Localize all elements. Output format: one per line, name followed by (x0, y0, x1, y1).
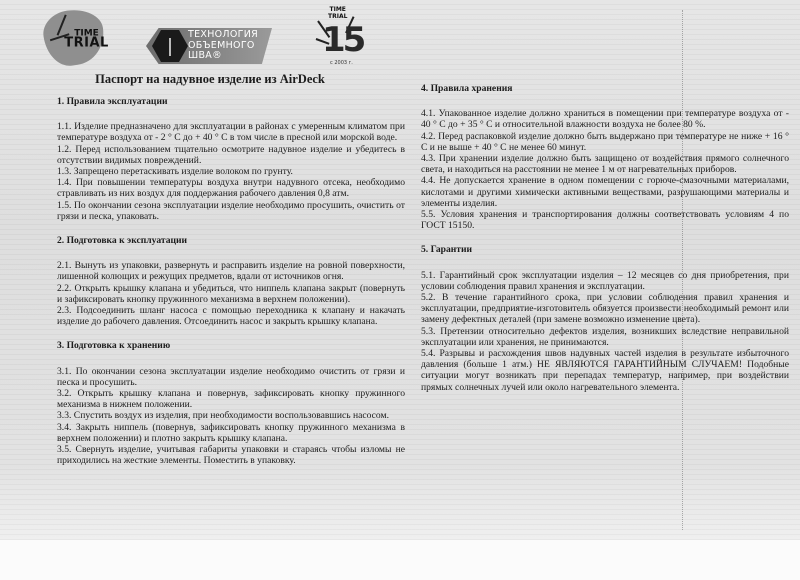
section-heading: 5. Гарантии (421, 244, 789, 255)
page-bottom-margin (0, 540, 800, 580)
section-item: 3.3. Спустить воздух из изделия, при нео… (57, 410, 405, 421)
logo-line-3: ШВА® (188, 51, 258, 62)
time-trial-logo: TIME TRIAL (40, 6, 107, 69)
section-item: 4.1. Упакованное изделие должно хранитьс… (421, 108, 789, 130)
logo-line-2: TRIAL (64, 38, 109, 48)
scanned-page: TIME TRIAL ТЕХНОЛОГИЯ ОБЪЕМНОГО ШВА® TIM… (0, 0, 800, 580)
section-item: 5.1. Гарантийный срок эксплуатации издел… (421, 270, 789, 292)
section-heading: 3. Подготовка к хранению (57, 340, 405, 351)
brand-line-1: TIME (328, 6, 347, 13)
section-item: 4.2. Перед распаковкой изделие должно бы… (421, 131, 789, 153)
section-heading: 2. Подготовка к эксплуатации (57, 235, 405, 246)
time-trial-logo-text: TIME TRIAL (64, 28, 109, 48)
section-item: 1.3. Запрещено перетаскивать изделие вол… (57, 166, 405, 177)
section-item: 2.3. Подсоединить шланг насоса с помощью… (57, 305, 405, 327)
left-column: 1. Правила эксплуатации 1.1. Изделие пре… (57, 96, 405, 466)
section-item: 3.4. Закрыть ниппель (повернув, зафиксир… (57, 422, 405, 444)
right-column: 4. Правила хранения 4.1. Упакованное изд… (421, 83, 789, 393)
section-item: 5.2. В течение гарантийного срока, при у… (421, 292, 789, 326)
technology-logo-text: ТЕХНОЛОГИЯ ОБЪЕМНОГО ШВА® (188, 30, 258, 62)
section-item: 3.1. По окончании сезона эксплуатации из… (57, 366, 405, 388)
section-item: 2.2. Открыть крышку клапана и убедиться,… (57, 283, 405, 305)
logo-line-1: ТЕХНОЛОГИЯ (188, 30, 258, 41)
section-item: 5.4. Разрывы и расхождения швов надувных… (421, 348, 789, 393)
section-heading: 1. Правила эксплуатации (57, 96, 405, 107)
anniversary-15-logo: TIME TRIAL 15 с 2003 г. (316, 6, 364, 68)
brand-line-2: TRIAL (328, 13, 347, 20)
section-item: 2.1. Вынуть из упаковки, развернуть и ра… (57, 260, 405, 282)
section-item: 3.2. Открыть крышку клапана и повернув, … (57, 388, 405, 410)
hexagon-icon (152, 30, 188, 62)
section-heading: 4. Правила хранения (421, 83, 789, 94)
section-item: 4.3. При хранении изделие должно быть за… (421, 153, 789, 175)
section-item: 1.4. При повышении температуры воздуха в… (57, 177, 405, 199)
anniversary-number: 15 (322, 22, 363, 58)
section-item: 3.5. Свернуть изделие, учитывая габариты… (57, 444, 405, 466)
section-item: 1.2. Перед использованием тщательно осмо… (57, 144, 405, 166)
volume-seam-technology-logo: ТЕХНОЛОГИЯ ОБЪЕМНОГО ШВА® (146, 28, 272, 64)
section-item: 5.5. Условия хранения и транспортировани… (421, 209, 789, 231)
anniversary-year: с 2003 г. (330, 60, 353, 66)
section-item: 1.5. По окончании сезона эксплуатации из… (57, 200, 405, 222)
section-item: 1.1. Изделие предназначено для эксплуата… (57, 121, 405, 143)
anniversary-brand: TIME TRIAL (328, 6, 347, 20)
document-title: Паспорт на надувное изделие из AirDeck (0, 72, 420, 87)
section-item: 4.4. Не допускается хранение в одном пом… (421, 175, 789, 209)
section-item: 5.3. Претензии относительно дефектов изд… (421, 326, 789, 348)
